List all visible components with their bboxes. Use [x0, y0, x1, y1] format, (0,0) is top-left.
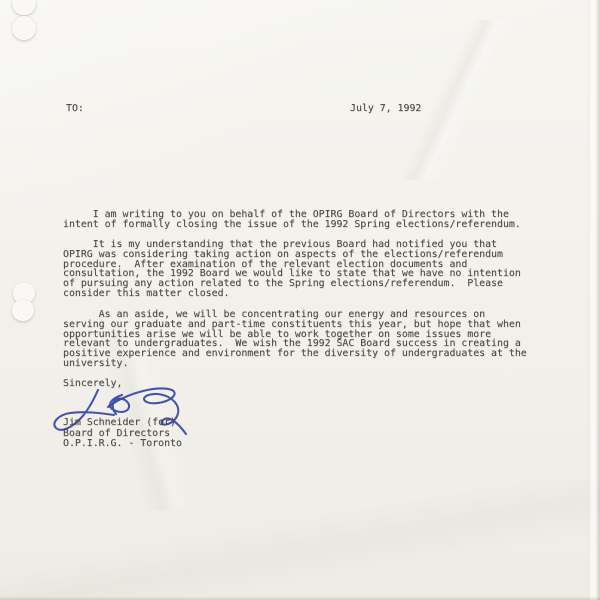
punched-hole	[12, 16, 36, 40]
letter-paragraph: I am writing to you on behalf of the OPI…	[63, 210, 521, 230]
date-line: July 7, 1992	[350, 104, 421, 114]
punched-hole	[12, 299, 34, 321]
punched-hole	[12, 0, 36, 15]
letter-paragraph: As an aside, we will be concentrating ou…	[63, 310, 527, 369]
paper-crease	[300, 20, 600, 180]
closing-salutation: Sincerely,	[63, 379, 122, 389]
page-edge-shadow	[0, 596, 600, 600]
page-edge-shadow	[588, 0, 600, 600]
letter-paragraph: It is my understanding that the previous…	[63, 240, 521, 299]
to-label: TO:	[66, 104, 84, 114]
scanned-letter-page: TO: July 7, 1992 I am writing to you on …	[0, 0, 600, 600]
signature-block: Jim Schneider (for) Board of Directors O…	[63, 418, 182, 450]
paper-crease	[0, 480, 600, 600]
